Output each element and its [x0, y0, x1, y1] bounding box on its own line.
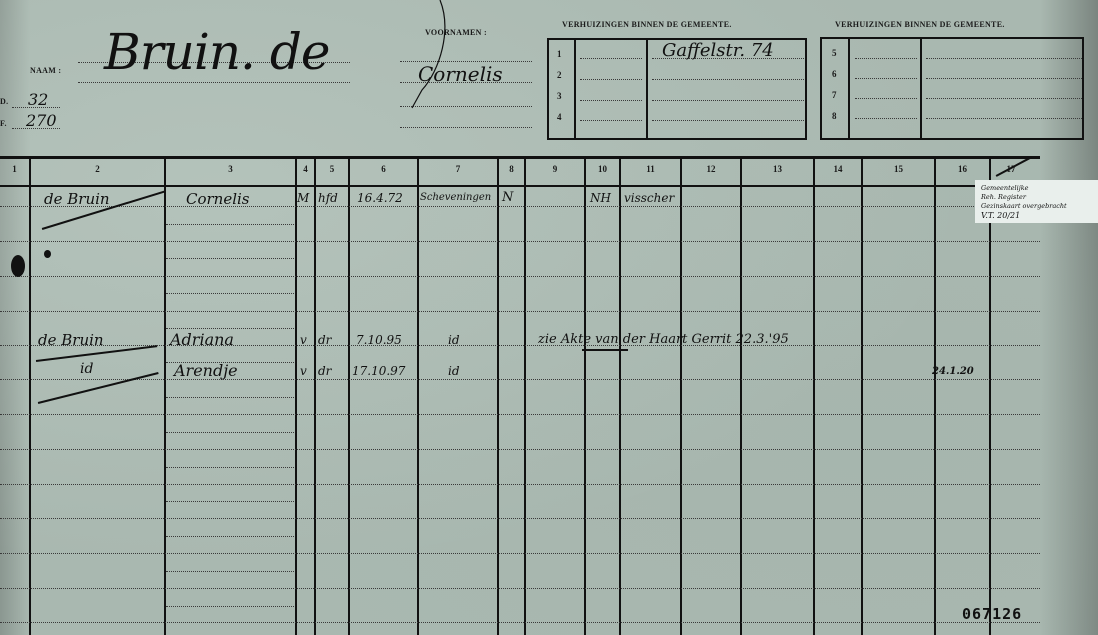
entry-3-strikethrough [38, 372, 159, 403]
col3-half-rule-9 [166, 501, 294, 502]
stamp-line-1: Gemeentelijke [981, 184, 1092, 193]
col3-half-rule-3 [166, 293, 294, 294]
ml-dl-4a [580, 120, 642, 121]
moves-left-row-1-num: 1 [557, 49, 562, 59]
naam-label: NAAM : [30, 66, 61, 75]
surname-value: Bruin. de [104, 22, 329, 82]
entry-1-sex: M [297, 191, 309, 205]
col3-half-rule-4 [166, 328, 294, 329]
stamp-line-4: V.T. 20/21 [981, 211, 1092, 220]
moves-right-row-7-num: 7 [832, 90, 837, 100]
entry-2-birth-place: id [448, 333, 460, 347]
moves-right-box [820, 37, 1084, 140]
entry-1-religion: N [502, 190, 513, 205]
moves-left-row-1-address: Gaffelstr. 74 [662, 40, 774, 61]
mr-dl-2a [855, 78, 917, 79]
moves-right-row-6-num: 6 [832, 69, 837, 79]
row-rule-2 [0, 241, 1040, 242]
col3-half-rule-6 [166, 397, 294, 398]
table-top-rule [0, 156, 1040, 159]
col-rule-11 [680, 158, 682, 635]
field-f-value: 270 [26, 111, 57, 130]
entry-1-occupation: visscher [624, 191, 674, 205]
moves-left-title: VERHUIZINGEN BINNEN DE GEMEENTE. [562, 20, 732, 29]
col-rule-1 [29, 158, 31, 635]
ink-blot-large [11, 255, 25, 277]
entry-1-birth-date: 16.4.72 [357, 191, 403, 205]
row-rule-13 [0, 622, 1040, 623]
row-rule-9 [0, 484, 1040, 485]
moves-right-title: VERHUIZINGEN BINNEN DE GEMEENTE. [835, 20, 1005, 29]
row-rule-1 [0, 206, 1040, 207]
col3-half-rule-1 [166, 224, 294, 225]
entry-3-sex: v [300, 364, 307, 378]
moves-right-divider-1 [848, 37, 850, 140]
entry-2-given: Adriana [170, 330, 234, 349]
entry-2-birth-date: 7.10.95 [356, 333, 402, 347]
ml-dl-3b [652, 100, 804, 101]
field-d-label: D. [0, 97, 8, 106]
row-rule-8 [0, 449, 1040, 450]
field-d-value: 32 [28, 90, 48, 109]
col-header-10: 10 [586, 164, 619, 174]
moves-left-row-4-num: 4 [557, 112, 562, 122]
entry-1-relation: hfd [318, 191, 338, 205]
col-rule-3 [295, 158, 297, 635]
col-header-1: 1 [0, 164, 29, 174]
col3-half-rule-11 [166, 571, 294, 572]
col3-half-rule-7 [166, 432, 294, 433]
mr-dl-4a [855, 118, 917, 119]
ml-dl-1a [580, 58, 642, 59]
col-rule-15 [934, 158, 936, 635]
row-rule-4 [0, 311, 1040, 312]
table-header-rule [0, 185, 1040, 187]
col-rule-12 [740, 158, 742, 635]
entry-2-surname: de Bruin [38, 331, 104, 349]
row-rule-12 [0, 588, 1040, 589]
moves-left-divider-1 [574, 38, 576, 140]
ml-dl-2a [580, 79, 642, 80]
col-header-4: 4 [297, 164, 314, 174]
field-f-label: F. [0, 119, 7, 128]
stamp-line-3: Gezinskaart overgebracht [981, 202, 1092, 211]
col-header-2: 2 [31, 164, 164, 174]
voornamen-dotline-4 [400, 127, 532, 128]
entry-3-given: Arendje [174, 361, 238, 380]
mr-dl-2b [926, 78, 1082, 79]
col-header-11: 11 [621, 164, 680, 174]
entry-1-surname: de Bruin [44, 190, 110, 208]
ink-blot-small [44, 250, 51, 258]
naam-dotline-2 [78, 82, 350, 83]
row-rule-10 [0, 518, 1040, 519]
mr-dl-1a [855, 58, 917, 59]
col-header-6: 6 [350, 164, 417, 174]
archival-stamp-note: Gemeentelijke Reh. Register Gezinskaart … [975, 180, 1098, 223]
col3-half-rule-10 [166, 536, 294, 537]
entry-3-birth-place: id [448, 364, 460, 378]
entry-2-sex: v [300, 333, 307, 347]
mr-dl-3a [855, 98, 917, 99]
entry-2-note: zie Akte van der Haart Gerrit 22.3.'95 [538, 332, 789, 347]
entry-2-relation: dr [318, 333, 331, 347]
col-header-13: 13 [742, 164, 813, 174]
col-header-12: 12 [682, 164, 740, 174]
col-header-15: 15 [863, 164, 934, 174]
col-rule-7 [497, 158, 499, 635]
col-rule-9 [584, 158, 586, 635]
ml-dl-2b [652, 79, 804, 80]
entry-3-birth-date: 17.10.97 [352, 364, 405, 378]
col-header-14: 14 [815, 164, 861, 174]
col-header-9: 9 [526, 164, 584, 174]
moves-left-row-3-num: 3 [557, 91, 562, 101]
entry-3-remark: 24.1.20 [932, 366, 974, 377]
mr-dl-4b [926, 118, 1082, 119]
moves-right-row-5-num: 5 [832, 48, 837, 58]
col-rule-16 [989, 158, 991, 635]
pen-stroke-icon [400, 0, 460, 120]
col-header-3: 3 [166, 164, 295, 174]
col-rule-6 [417, 158, 419, 635]
mr-dl-1b [926, 58, 1082, 59]
stamp-line-2: Reh. Register [981, 193, 1092, 202]
moves-left-row-2-num: 2 [557, 70, 562, 80]
col3-half-rule-8 [166, 467, 294, 468]
moves-right-divider-2 [920, 37, 922, 140]
col-header-16: 16 [936, 164, 989, 174]
entry-3-surname: id [80, 361, 93, 377]
col-rule-13 [813, 158, 815, 635]
moves-left-divider-2 [646, 38, 648, 140]
col3-half-rule-12 [166, 606, 294, 607]
row-rule-3 [0, 276, 1040, 277]
col-rule-14 [861, 158, 863, 635]
row-rule-11 [0, 553, 1040, 554]
col-rule-5 [348, 158, 350, 635]
entry-2-akte-underline [582, 349, 628, 351]
entry-1-given: Cornelis [186, 190, 250, 208]
moves-right-row-8-num: 8 [832, 111, 837, 121]
entry-1-col10: NH [590, 191, 611, 205]
entry-1-birth-place: Scheveningen [420, 192, 491, 203]
row-rule-6 [0, 379, 1040, 380]
ml-dl-3a [580, 100, 642, 101]
col-rule-4 [314, 158, 316, 635]
col-header-5: 5 [316, 164, 348, 174]
entry-3-relation: dr [318, 364, 331, 378]
document-number: 067126 [962, 605, 1022, 623]
row-rule-7 [0, 414, 1040, 415]
ml-dl-4b [652, 120, 804, 121]
mr-dl-3b [926, 98, 1082, 99]
col-rule-10 [619, 158, 621, 635]
col-header-8: 8 [499, 164, 524, 174]
col-header-7: 7 [419, 164, 497, 174]
col3-half-rule-2 [166, 258, 294, 259]
col-rule-8 [524, 158, 526, 635]
